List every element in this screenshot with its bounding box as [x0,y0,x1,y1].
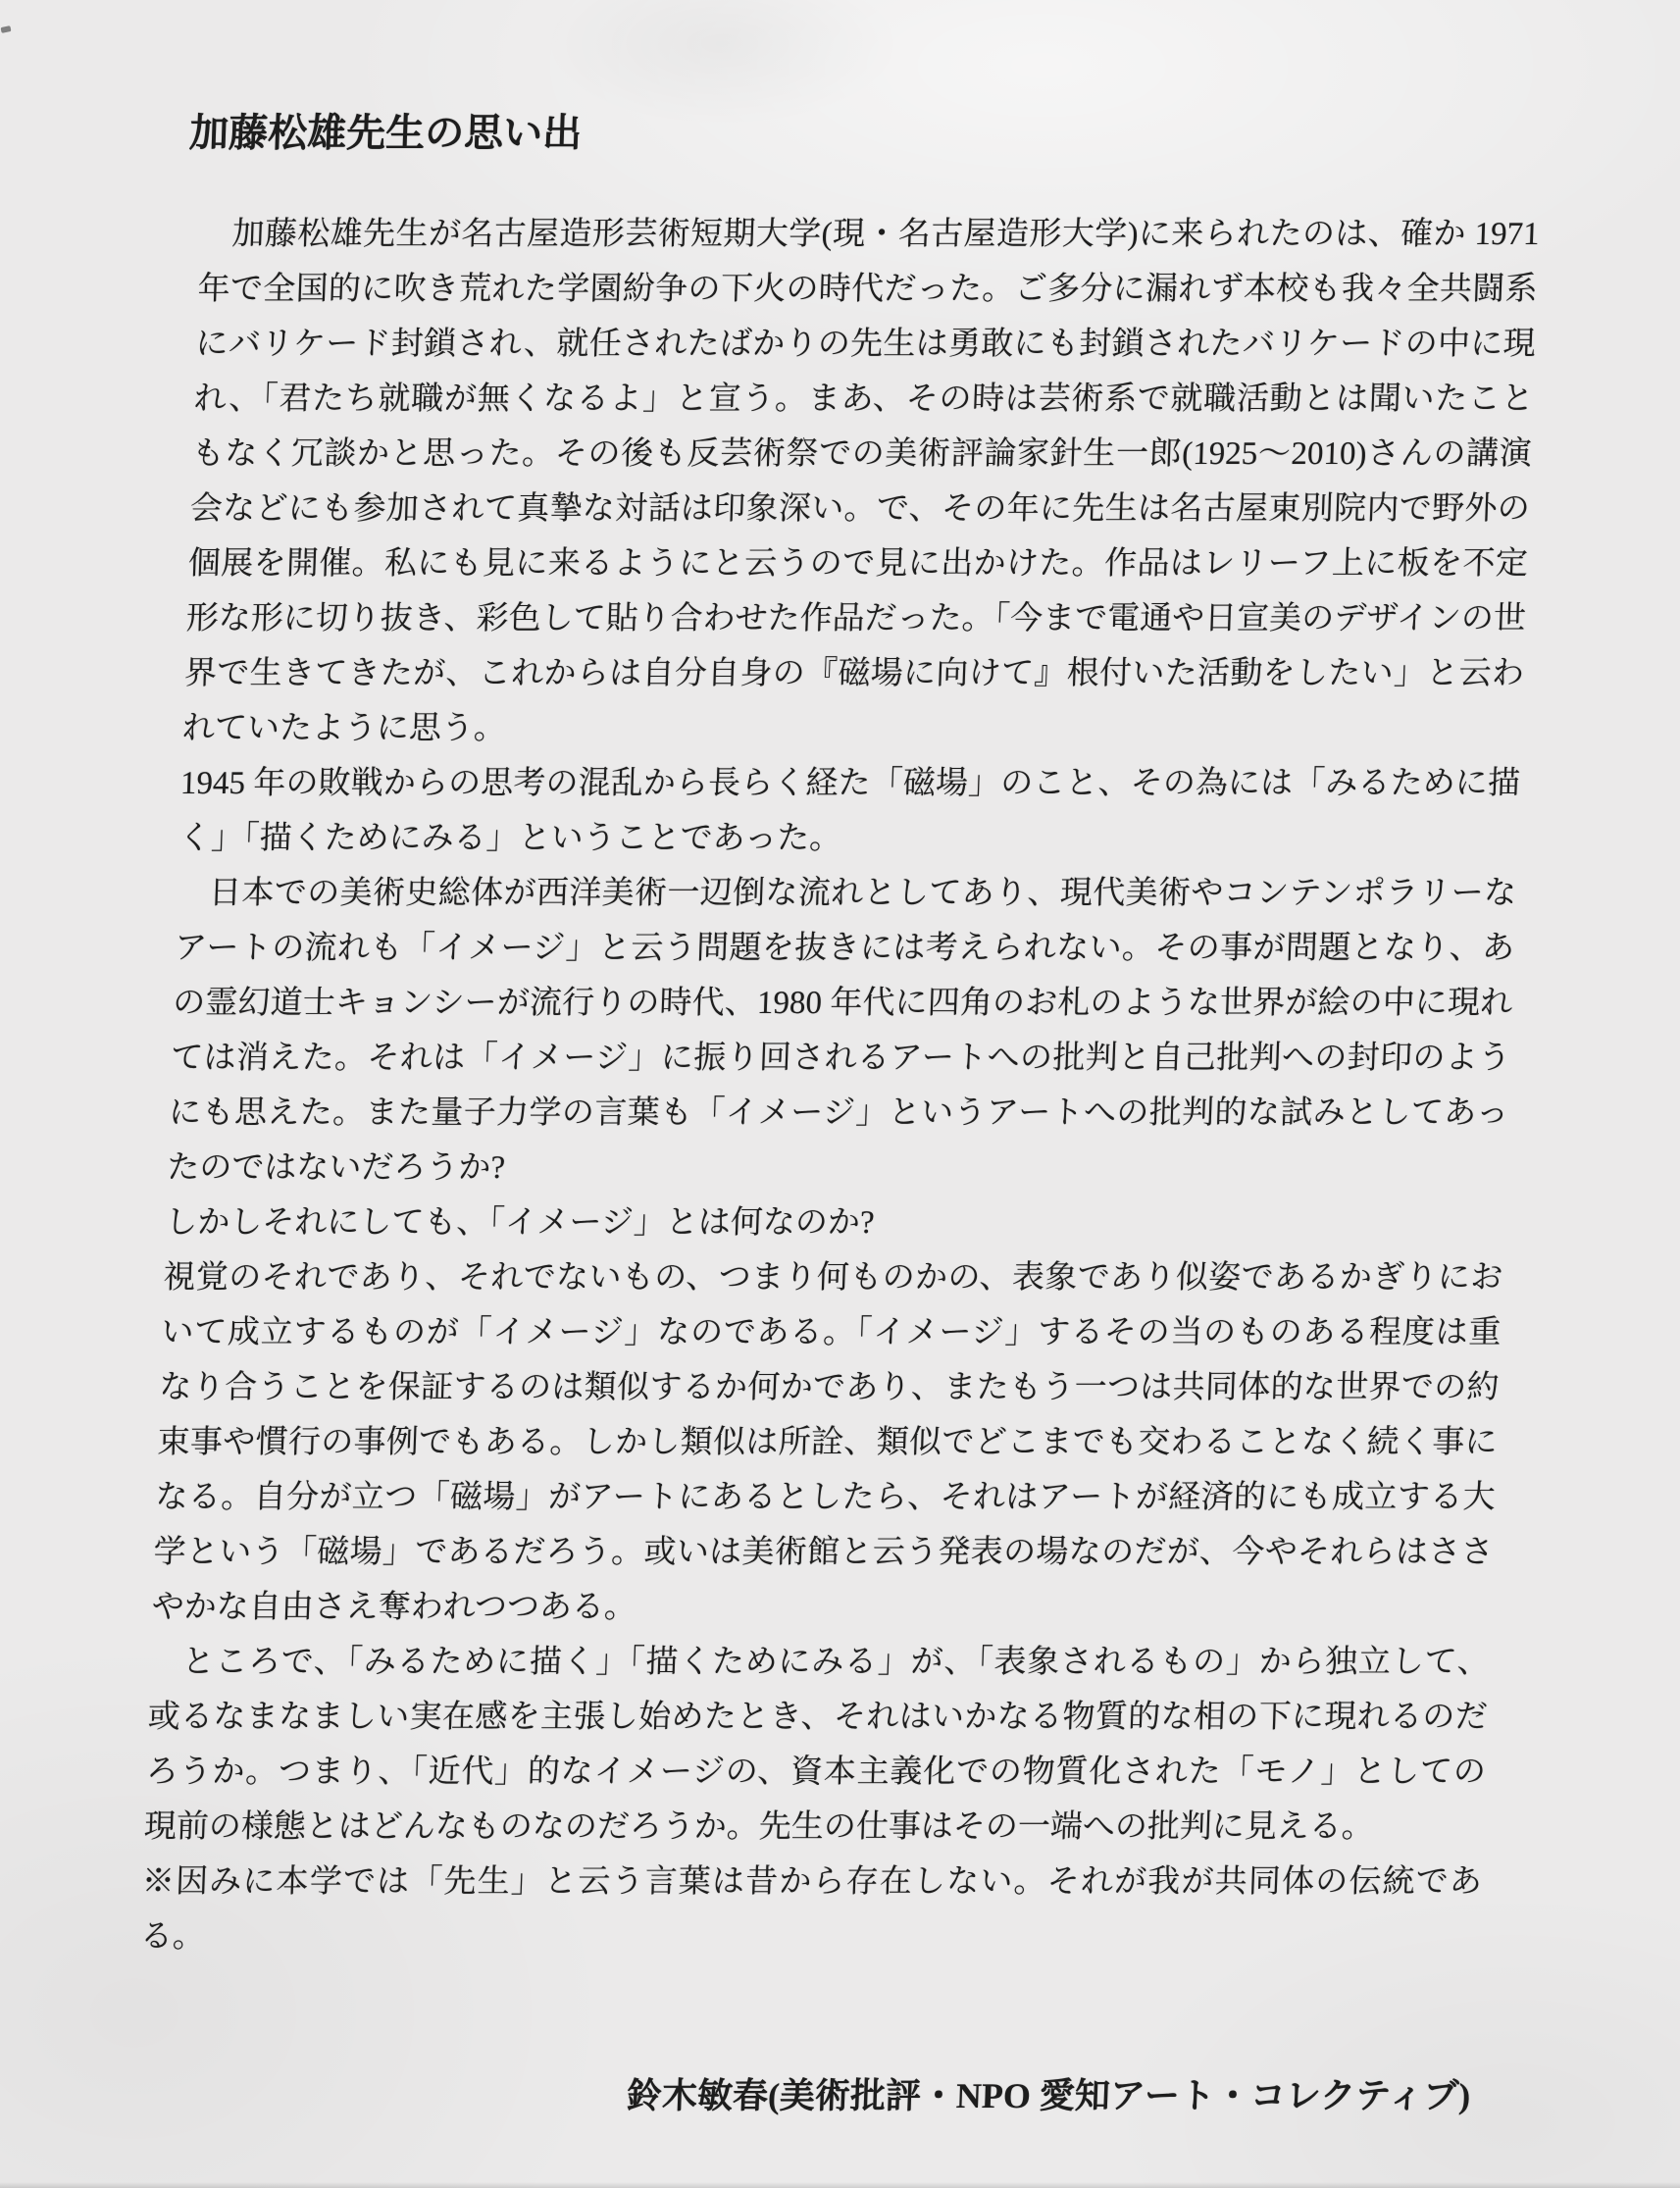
scanned-document-page: 加藤松雄先生の思い出 加藤松雄先生が名古屋造形芸術短期大学(現・名古屋造形大学)… [0,0,1680,2188]
body-paragraph-note: ※因みに本学では「先生」と云う言葉は昔から存在しない。それが我が共同体の伝統であ… [139,1855,1483,1964]
body-paragraph: 視覚のそれであり、それでないもの、つまり何ものかの、表象であり似姿であるかぎりに… [151,1250,1504,1635]
body-paragraph: しかしそれにしても、「イメージ」とは何なのか? [164,1196,1505,1250]
signature-line: 鈴木敏春(美術批評・NPO 愛知アート・コレクティブ) [134,2074,1476,2117]
body-paragraph: ところで、「みるために描く」「描くためにみる」が、「表象されるもの」から独立して… [143,1635,1491,1855]
page-title: 加藤松雄先生の思い出 [188,110,1544,157]
body-paragraph: 日本での美術史総体が西洋美術一辺倒な流れとしてあり、現代美術やコンテンポラリーな… [166,866,1517,1196]
body-paragraph: 加藤松雄先生が名古屋造形芸術短期大学(現・名古屋造形大学)に来られたのは、確か … [181,207,1541,756]
document-content: 加藤松雄先生の思い出 加藤松雄先生が名古屋造形芸術短期大学(現・名古屋造形大学)… [134,110,1544,2117]
body-paragraph: 1945 年の敗戦からの思考の混乱から長らく経た「磁場」のこと、その為には「みる… [178,756,1521,866]
scan-speck [0,25,11,33]
document-body: 加藤松雄先生が名古屋造形芸術短期大学(現・名古屋造形大学)に来られたのは、確か … [139,207,1541,1964]
scan-edge-shadow [0,2182,1680,2188]
